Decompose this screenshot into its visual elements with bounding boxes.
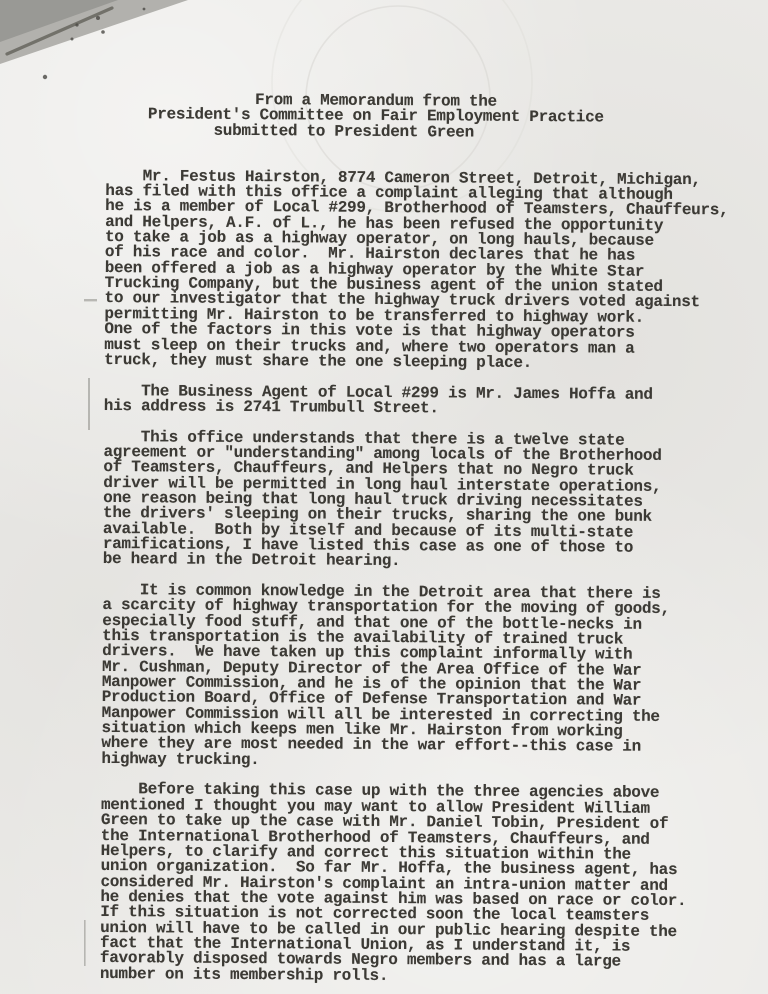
dust-speck xyxy=(43,75,47,79)
paragraph: Mr. Festus Hairston, 8774 Cameron Street… xyxy=(104,169,711,373)
left-edge-line xyxy=(84,920,86,966)
dust-speck xyxy=(71,38,74,41)
memo-heading: From a Memorandum from the President's C… xyxy=(106,92,646,142)
paragraph: It is common knowledge in the Detroit ar… xyxy=(101,583,708,771)
paragraph: This office understands that there is a … xyxy=(103,430,710,572)
heading-line: submitted to President Green xyxy=(74,122,614,141)
paragraph: Before taking this case up with the thre… xyxy=(100,782,707,986)
left-edge-line xyxy=(88,378,90,430)
memo-body: Mr. Festus Hairston, 8774 Cameron Street… xyxy=(100,169,712,986)
dust-speck xyxy=(75,23,78,26)
dust-speck xyxy=(143,8,146,11)
memo-content: From a Memorandum from the President's C… xyxy=(100,92,712,986)
paragraph: The Business Agent of Local #299 is Mr. … xyxy=(104,384,710,419)
dust-speck xyxy=(96,16,100,20)
left-edge-mark xyxy=(84,299,97,301)
document-page: From a Memorandum from the President's C… xyxy=(0,0,768,994)
dust-speck xyxy=(101,30,105,34)
